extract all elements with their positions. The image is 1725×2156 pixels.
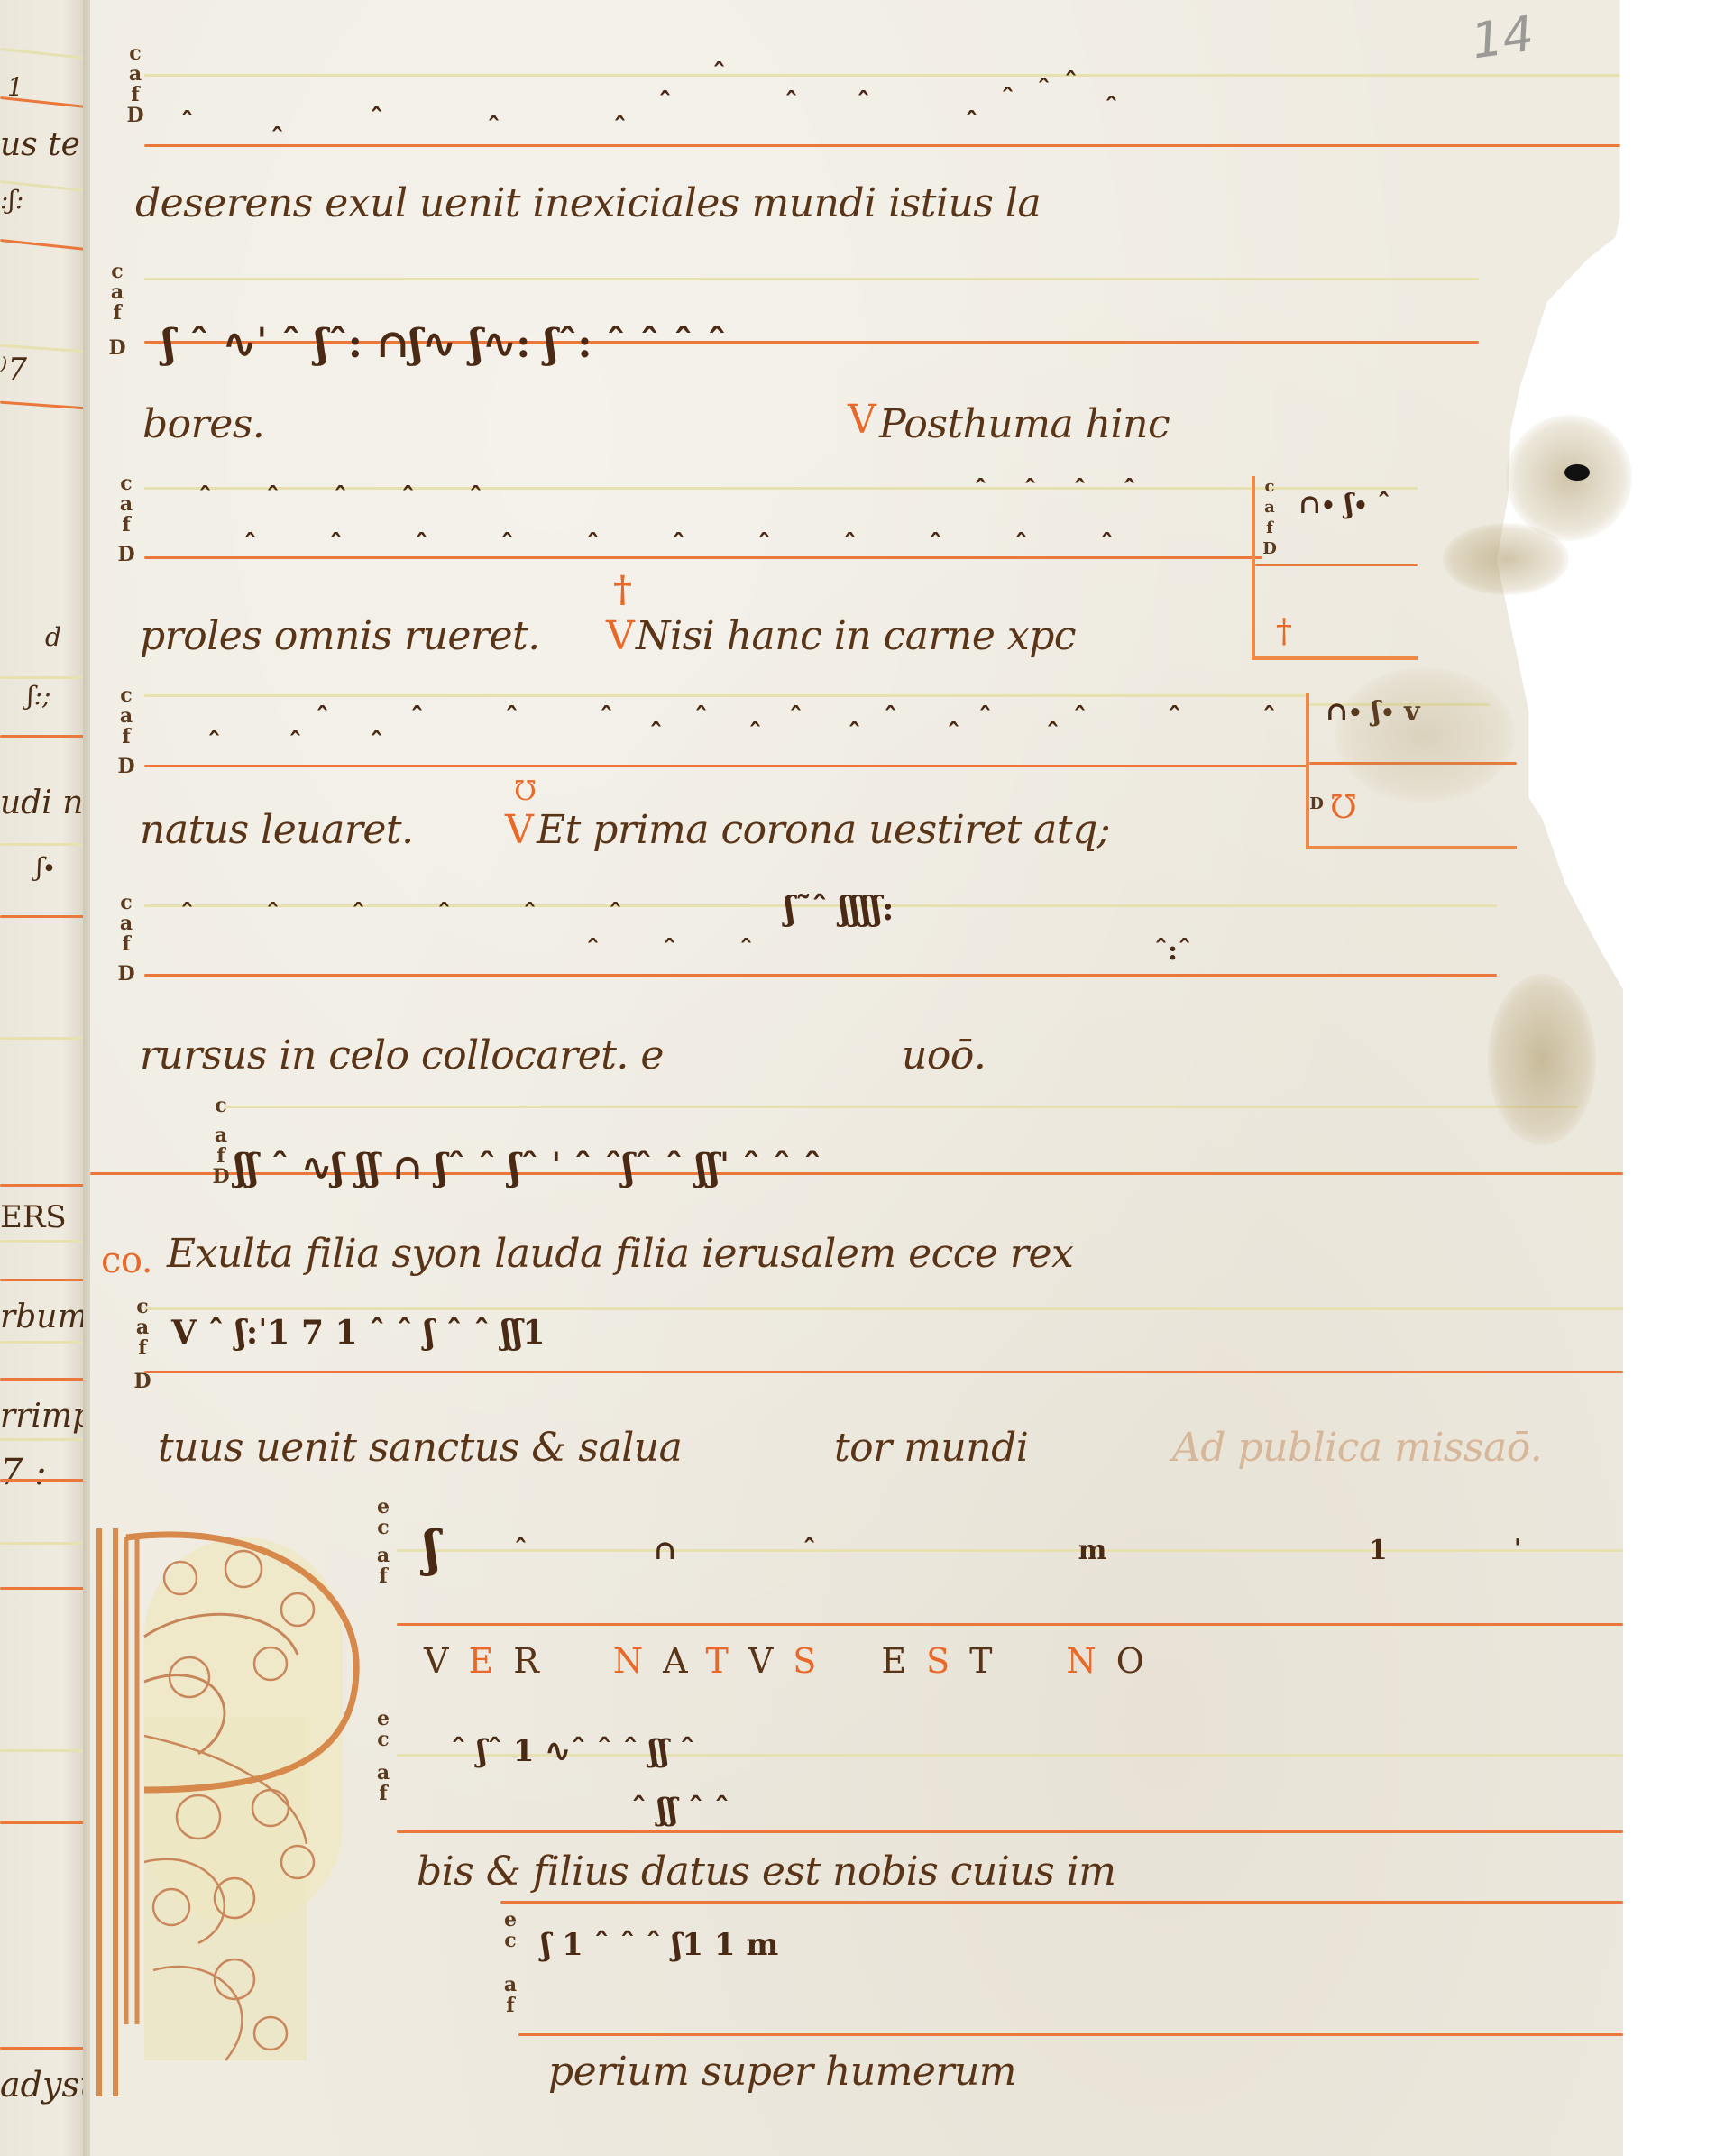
clef-column: e c a f [374,1709,392,1804]
clef-letter: D [117,757,135,777]
prev-fragment: udi ne [0,784,88,821]
clef-letter: a [501,1975,519,1995]
incipit-letter: E [468,1641,513,1681]
staff-line-f [518,2033,1623,2036]
lyric-line-7: tuus uenit sanctus & salua [158,1425,682,1471]
staff-line-f [500,1901,1623,1904]
clef-letter: c [374,1518,392,1538]
water-stain [1443,523,1569,595]
clef-letter: f [1261,518,1279,538]
prev-staff-line [0,1279,87,1281]
prev-staff-line [0,1479,87,1482]
clef-letter: a [126,64,144,85]
clef-letter: D [1261,538,1279,559]
lyric-line-10: perium super humerum [548,2049,1016,2095]
water-stain [1488,974,1596,1145]
clef-letter: c [1261,476,1279,497]
incipit-letter: N [613,1641,663,1681]
prev-staff-line [0,1438,87,1441]
prev-staff-line [0,1587,87,1590]
clef-letter: c [126,43,144,64]
cross-mark-icon: † [1276,613,1292,650]
clef-letter: D [126,106,144,126]
clef-letter: a [117,706,135,727]
staff-line-f [144,974,1497,977]
clef-letter: D [133,1372,151,1392]
clef-letter: D [117,545,135,565]
incipit-letter: T [969,1641,1012,1681]
verse-marker: V [848,397,876,443]
staff-line-c [144,694,1308,697]
prev-staff-line [0,1378,87,1381]
lyric-line-4: natus leuaret. [140,807,414,853]
neume-glyph: ˆ:ˆ [1154,938,1191,965]
clef-letter: c [117,893,135,913]
incipit-letter: R [513,1641,559,1681]
clef-letter: c [117,473,135,494]
clef-letter: f [501,1995,519,2016]
clef-column: c a f D [133,1297,151,1392]
neume-row: ˆˆˆˆˆ [198,485,537,512]
rubric-neume: ℧ [514,775,537,807]
clef-letter: e [374,1497,392,1518]
neume-row: ˆˆˆ [207,730,451,757]
prev-fragment: 1 [7,72,23,102]
water-stain [1335,667,1515,803]
lyric-line-6: Exulta filia syon lauda filia ierusalem … [167,1231,1073,1277]
neume-group: ˆ ʃʃ ˆ ˆ [631,1794,729,1825]
neume-group: V ˆ ʃ:ˈ1 7 1 ˆ ˆ ʃ ˆ ˆ ʃʃ1 [171,1317,546,1349]
decorated-initial-p [90,1519,361,2106]
prev-fragment: ʃ∙ [36,852,55,882]
neume-glyph: ˆ [370,106,383,133]
clef-column: c a f D [212,1096,230,1188]
prev-fragment: ERS [0,1199,67,1235]
clef-column: c a f D [117,473,135,565]
neume-row: ˆˆˆ [586,938,816,965]
prev-staff-line [0,843,87,846]
verse-marker: V [606,613,634,659]
neume-glyph: ʃ ˆ ∿ˈ ˆ ʃˆ: ∩ʃ∿ ʃ∿: ʃˆ: ˆ ˆ ˆ ˆ [162,325,727,364]
lyric-line-1: deserens exul uenit inexiciales mundi is… [135,180,1041,226]
lyric-line-9: bis & filius datus est nobis cuius im [417,1849,1116,1895]
incipit-letter: O [1116,1641,1164,1681]
neume-glyph: ˆ [658,90,672,117]
prev-fragment: d [45,622,61,652]
incipit-capitals: VERNATVSESTNO [424,1641,1164,1681]
lyric-line-3b: Nisi hanc in carne xpc [636,613,1076,659]
neume-glyph: ˆ [1001,87,1014,114]
clef-letter: a [133,1317,151,1338]
clef-letter: D [212,1167,230,1188]
prev-staff-line [0,1341,87,1344]
prev-staff-line [0,1184,87,1187]
neume-row: ˆˆˆˆˆˆˆˆˆˆˆ [243,532,1186,559]
rubric-neume: ℧ [1330,789,1357,826]
lyric-line-2b: Posthuma hinc [879,401,1170,447]
neume-glyph: ˆ [271,126,284,153]
clef-letter: f [374,1566,392,1587]
neume-row: ˆ∩ˆ m 1ˈ [514,1537,1647,1564]
clef-letter: D [108,338,126,359]
clef-letter: D [117,964,135,985]
clef-letter: f [117,515,135,536]
prev-staff-line [0,239,87,251]
clef-letter: a [108,282,126,303]
clef-letter: D [1308,794,1326,814]
prev-staff-line [0,735,87,738]
incipit-letter: V [424,1641,468,1681]
clef-letter: f [117,727,135,748]
prev-fragment: :ʃ: [0,185,23,215]
neume-glyph: ˆ [487,115,500,142]
incipit-letter: V [748,1641,793,1681]
neume-glyph: ˆ [180,110,194,137]
verse-marker: V [505,807,533,853]
incipit-letter: A [663,1641,705,1681]
prev-staff-line [0,676,87,679]
neume-glyph: ˆ [965,110,978,137]
clef-column: c a f D [108,261,126,359]
prev-staff-line [0,401,87,410]
clef-letter: e [374,1709,392,1729]
neume-group: ʃ 1 ˆ ˆ ˆ ʃ1 1 m [541,1930,778,1960]
staff-line-c [225,1106,1578,1108]
incipit-letter: S [793,1641,836,1681]
clef-column: c a f D [1261,476,1279,559]
lyric-line-4b: Et prima corona uestiret atq; [537,807,1110,853]
clef-letter: c [117,685,135,706]
neume-row: ˆˆˆˆˆ [649,721,1145,748]
prev-fragment: rbum [0,1298,88,1335]
neume-row: ˆˆˆˆ [974,478,1172,505]
clef-letter: f [212,1146,230,1167]
staff-line-f [1255,564,1418,566]
clef-letter: c [108,261,126,282]
lyric-line-3: proles omnis rueret. [140,613,540,659]
clef-letter: a [374,1763,392,1784]
faded-rubric-note: Ad publica missaō. [1172,1425,1542,1471]
neume-glyph: ˆ [785,90,798,117]
neume-glyph: ˆ [712,61,726,88]
staff-line-c [144,74,1623,77]
prev-fragment: adysu [0,2065,88,2105]
staff-line-c [144,278,1479,280]
staff-line-f [397,1623,1623,1626]
prev-fragment: 7 : [0,1452,47,1493]
staff-line-c [144,1307,1623,1310]
incipit-letter: T [705,1641,748,1681]
incipit-letter: N [1066,1641,1115,1681]
neume-glyph: ˆ [613,115,627,142]
neume-group: ˆ ʃˆ 1 ∿ˆ ˆ ˆ ʃʃ ˆ [451,1736,695,1766]
clef-letter: f [133,1338,151,1359]
marginal-neumes: ∩∙ ʃ∙ ˆ [1298,491,1390,518]
neume-group: ʃ˜ˆ ʃʃʃʃ: [785,893,894,925]
clef-letter: a [212,1125,230,1146]
prev-fragment: ⁾7 [0,352,27,388]
lyric-line-2: bores. [142,401,264,447]
clef-letter: a [117,913,135,934]
prev-fragment: us te [0,126,80,163]
clef-letter: c [374,1729,392,1750]
clef-letter: a [117,494,135,515]
ink-blot [1564,464,1590,481]
prev-staff-line [0,915,87,918]
prev-staff-line [0,1037,87,1040]
staff-line-f [144,1371,1623,1373]
neume-glyph: ˆ [857,90,870,117]
clef-letter: f [108,303,126,324]
clef-column: c a f D [117,685,135,777]
folio-number: 14 [1468,5,1537,70]
clef-column: c a f D [126,43,144,126]
prev-staff-line [0,48,87,60]
clef-letter: c [501,1931,519,1951]
communion-label: co. [101,1240,152,1281]
clef-letter: c [133,1297,151,1317]
neume-glyph: ˆ [1105,96,1118,123]
clef-column: e c a f [374,1497,392,1587]
prev-staff-line [0,1542,87,1545]
clef-letter: f [117,934,135,955]
previous-page-edge: 1 us te :ʃ: ⁾7 d ʃ:; udi ne ʃ∙ ERS rbum … [0,0,88,2156]
clef-letter: a [1261,497,1279,518]
lyric-line-5: rursus in celo collocaret. e [140,1032,664,1078]
neume-glyph: ˆ [1064,70,1078,97]
cross-mark-icon: † [613,568,632,610]
prev-staff-line [0,1749,87,1752]
clef-column: c a f D [117,893,135,985]
prev-staff-line [0,1821,87,1824]
prev-fragment: ʃ:; [27,681,50,711]
incipit-letter: E [881,1641,926,1681]
clef-letter: e [501,1910,519,1931]
lyric-line-5b: uoō. [902,1032,986,1078]
prev-staff-line [0,1240,87,1243]
clef-letter: f [374,1784,392,1804]
staff-line-f [397,1830,1623,1833]
clef-column: e c a f [501,1910,519,2016]
staff-line-f [144,144,1623,147]
clef-letter: c [212,1096,230,1116]
clef-letter: f [126,85,144,106]
neume-row: ˆˆˆˆˆˆ [180,902,694,929]
incipit-letter: S [926,1641,969,1681]
lyric-line-7b: tor mundi [834,1425,1028,1471]
staff-line-f [144,765,1308,767]
neume-glyph: ˆ [1037,78,1051,105]
prev-staff-line [0,2047,87,2050]
clef-letter: a [374,1546,392,1566]
prev-fragment: rrimp [0,1398,88,1435]
neume-group: ʃʃ ˆ ∿ʃ ʃʃ ∩ ʃˆ ˆ ʃˆ ˈ ˆ ˆʃˆ ˆ ʃʃˈ ˆ ˆ ˆ [234,1150,821,1186]
neume-glyph: ʃ [424,1524,440,1573]
